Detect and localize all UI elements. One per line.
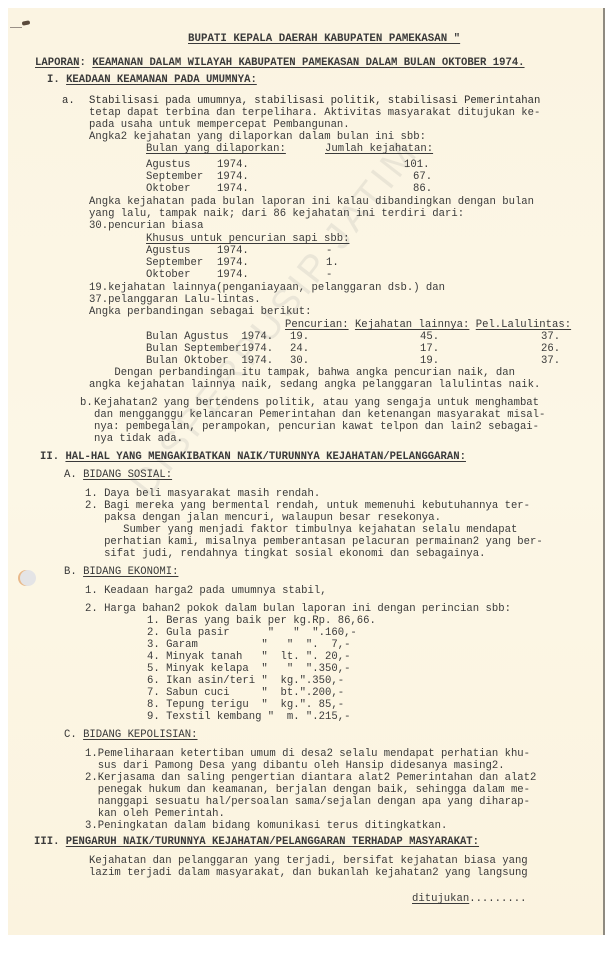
comparison-row-theft: 24.: [290, 343, 309, 355]
subsection-c-title: BIDANG KEPOLISIAN:: [83, 729, 197, 741]
item-b-marker: b.: [80, 397, 93, 409]
cattle-row-count: -: [326, 245, 332, 257]
crime-row-month: September: [146, 171, 203, 183]
subsection-b-heading: B. BIDANG EKONOMI:: [64, 566, 178, 578]
other-crime-line: 37.pelanggaran Lalu-lintas.: [89, 294, 261, 306]
section-1-title: KEADAAN KEAMANAN PADA UMUMNYA:: [66, 74, 257, 86]
section-3-numeral: III.: [34, 836, 59, 848]
conclusion-line: angka kejahatan lainnya naik, sedang ang…: [89, 379, 540, 391]
price-item: 3. Garam " " ". 7,-: [147, 639, 350, 651]
cattle-theft-heading: Khusus untuk pencurian sapi sbb:: [146, 233, 349, 245]
item-b-line: nya tidak ada.: [94, 433, 183, 445]
continuation-word: ditujukan: [412, 893, 469, 905]
subsection-b-marker: B.: [64, 566, 77, 578]
cattle-row-count: -: [326, 269, 332, 281]
continuation-dots: .........: [469, 893, 526, 905]
header-other: Kejahatan lainnya:: [355, 319, 469, 331]
section-2-numeral: II.: [40, 451, 59, 463]
police-line: 1.Pemeliharaan ketertiban umum di desa2 …: [85, 748, 530, 760]
section-3-heading: III. PENGARUH NAIK/TURUNNYA KEJAHATAN/PE…: [34, 836, 479, 848]
subsection-c-heading: C. BIDANG KEPOLISIAN:: [64, 729, 198, 741]
punch-hole: [20, 570, 36, 586]
section-2-title: HAL-HAL YANG MENGAKIBATKAN NAIK/TURUNNYA…: [65, 451, 466, 463]
price-item: 4. Minyak tanah " lt. ". 20,-: [147, 651, 350, 663]
influence-line: lazim terjadi dalam masyarakat, dan buka…: [89, 867, 528, 879]
item-a-line: tetap dapat terbina dan terpelihara. Akt…: [89, 107, 540, 119]
item-a-line: Angka2 kejahatan yang dilaporkan dalam b…: [89, 131, 426, 143]
police-line: sus dari Pamong Desa yang dibantu oleh H…: [85, 760, 505, 772]
economy-line: 2. Harga bahan2 pokok dalam bulan lapora…: [85, 603, 511, 615]
section-2-heading: II. HAL-HAL YANG MENGAKIBATKAN NAIK/TURU…: [40, 451, 466, 463]
document-title: BUPATI KEPALA DAERAH KABUPATEN PAMEKASAN…: [188, 33, 460, 45]
comparison-line: Angka kejahatan pada bulan laporan ini k…: [89, 196, 534, 208]
report-title: KEAMANAN DALAM WILAYAH KABUPATEN PAMEKAS…: [92, 57, 524, 69]
other-crime-line: 19.kejahatan lainnya(penganiayaan, pelan…: [89, 282, 445, 294]
header-theft: Pencurian:: [285, 319, 349, 331]
ink-mark: [10, 27, 22, 28]
comparison-row-other: 45.: [420, 331, 439, 343]
cattle-row-year: 1974.: [217, 257, 249, 269]
comparison-line: 30.pencurian biasa: [89, 220, 203, 232]
cattle-row-year: 1974.: [217, 269, 249, 281]
comparison-line: yang lalu, tampak naik; dari 86 kejahata…: [89, 208, 464, 220]
crime-row-count: 101.: [404, 159, 429, 171]
subsection-a-title: BIDANG SOSIAL:: [83, 469, 172, 481]
crime-row-year: 1974.: [217, 183, 249, 195]
police-line: nanggapi sesuatu hal/persoalan sama/seja…: [85, 796, 530, 808]
social-line: paksa dengan jalan mencuri, walaupun bes…: [85, 512, 441, 524]
item-a-line: Stabilisasi pada umumnya, stabilisasi po…: [89, 95, 540, 107]
comparison-row-other: 19.: [420, 355, 439, 367]
social-line: 1. Daya beli masyarakat masih rendah.: [85, 488, 320, 500]
comparison-row-other: 17.: [420, 343, 439, 355]
cattle-row-month: Agustus: [146, 245, 191, 257]
crime-row-count: 86.: [413, 183, 432, 195]
comparison-row-label: Bulan Agustus 1974.: [146, 331, 273, 343]
price-item: 6. Ikan asin/teri " kg.".350,-: [147, 675, 344, 687]
item-b-line: nya: pembegalan, perampokan, pencurian k…: [94, 421, 539, 433]
comparison-row-traffic: 37.: [541, 331, 560, 343]
price-item: 7. Sabun cuci " bt.".200,-: [147, 687, 344, 699]
cattle-row-month: Oktober: [146, 269, 191, 281]
price-item: 9. Texstil kembang " m. ".215,-: [147, 711, 350, 723]
section-3-title: PENGARUH NAIK/TURUNNYA KEJAHATAN/PELANGG…: [66, 836, 479, 848]
report-heading: LAPORAN: KEAMANAN DALAM WILAYAH KABUPATE…: [35, 57, 525, 69]
police-line: 2.Kerjasama dan saling pengertian dianta…: [85, 772, 536, 784]
subsection-a-marker: A.: [64, 469, 77, 481]
item-a-marker: a.: [62, 95, 75, 107]
social-line: sifat judi, rendahnya tingkat sosial eko…: [85, 548, 486, 560]
section-1-heading: I. KEADAAN KEAMANAN PADA UMUMNYA:: [47, 74, 257, 86]
conclusion-line: Dengan perbandingan itu tampak, bahwa an…: [89, 367, 515, 379]
other-crime-line: Angka perbandingan sebagai berikut:: [89, 306, 312, 318]
social-line: perhatian kami, misalnya pemberantasan p…: [85, 536, 543, 548]
crime-table-header-month: Bulan yang dilaporkan:: [146, 143, 286, 155]
item-b-line: dan mengganggu kelancaran Pemerintahan d…: [94, 409, 545, 421]
comparison-row-label: Bulan September1974.: [146, 343, 273, 355]
report-label: LAPORAN: [35, 57, 80, 69]
crime-table-header-count: Jumlah kejahatan:: [325, 143, 433, 155]
police-line: penegak hukum dan keamanan, berjalan den…: [85, 784, 530, 796]
subsection-a-heading: A. BIDANG SOSIAL:: [64, 469, 172, 481]
economy-line: 1. Keadaan harga2 pada umumnya stabil,: [85, 585, 327, 597]
continuation-marker: ditujukan.........: [412, 893, 526, 905]
price-item: 8. Tepung terigu " kg.". 85,-: [147, 699, 344, 711]
cattle-row-year: 1974.: [217, 245, 249, 257]
cattle-row-month: September: [146, 257, 203, 269]
police-line: kan oleh Pemerintah.: [85, 808, 225, 820]
item-a-line: pada usaha untuk mempercepat Pembangunan…: [89, 119, 350, 131]
social-line: Sumber yang menjadi faktor timbulnya kej…: [85, 524, 517, 536]
crime-row-month: Oktober: [146, 183, 191, 195]
comparison-row-theft: 30.: [290, 355, 309, 367]
crime-row-count: 67.: [413, 171, 432, 183]
social-line: 2. Bagi mereka yang bermental rendah, un…: [85, 500, 530, 512]
influence-line: Kejahatan dan pelanggaran yang terjadi, …: [89, 855, 528, 867]
crime-row-year: 1974.: [217, 159, 249, 171]
cattle-row-count: 1.: [326, 257, 339, 269]
comparison-row-theft: 19.: [290, 331, 309, 343]
item-b-line: Kejahatan2 yang bertendens politik, atau…: [94, 397, 539, 409]
section-1-numeral: I.: [47, 74, 60, 86]
comparison-table-headers: Pencurian: Kejahatan lainnya: Pel.Laluli…: [285, 319, 571, 331]
crime-row-month: Agustus: [146, 159, 191, 171]
police-line: 3.Peningkatan dalam bidang komunikasi te…: [85, 820, 447, 832]
comparison-row-label: Bulan Oktober 1974.: [146, 355, 273, 367]
comparison-row-traffic: 26.: [541, 343, 560, 355]
comparison-row-traffic: 37.: [541, 355, 560, 367]
price-item: 5. Minyak kelapa " " ".350,-: [147, 663, 350, 675]
price-item: 2. Gula pasir " " ".160,-: [147, 627, 357, 639]
subsection-c-marker: C.: [64, 729, 77, 741]
price-item: 1. Beras yang baik per kg.Rp. 86,66.: [147, 615, 376, 627]
header-traffic: Pel.Lalulintas:: [476, 319, 571, 331]
subsection-b-title: BIDANG EKONOMI:: [83, 566, 178, 578]
crime-row-year: 1974.: [217, 171, 249, 183]
